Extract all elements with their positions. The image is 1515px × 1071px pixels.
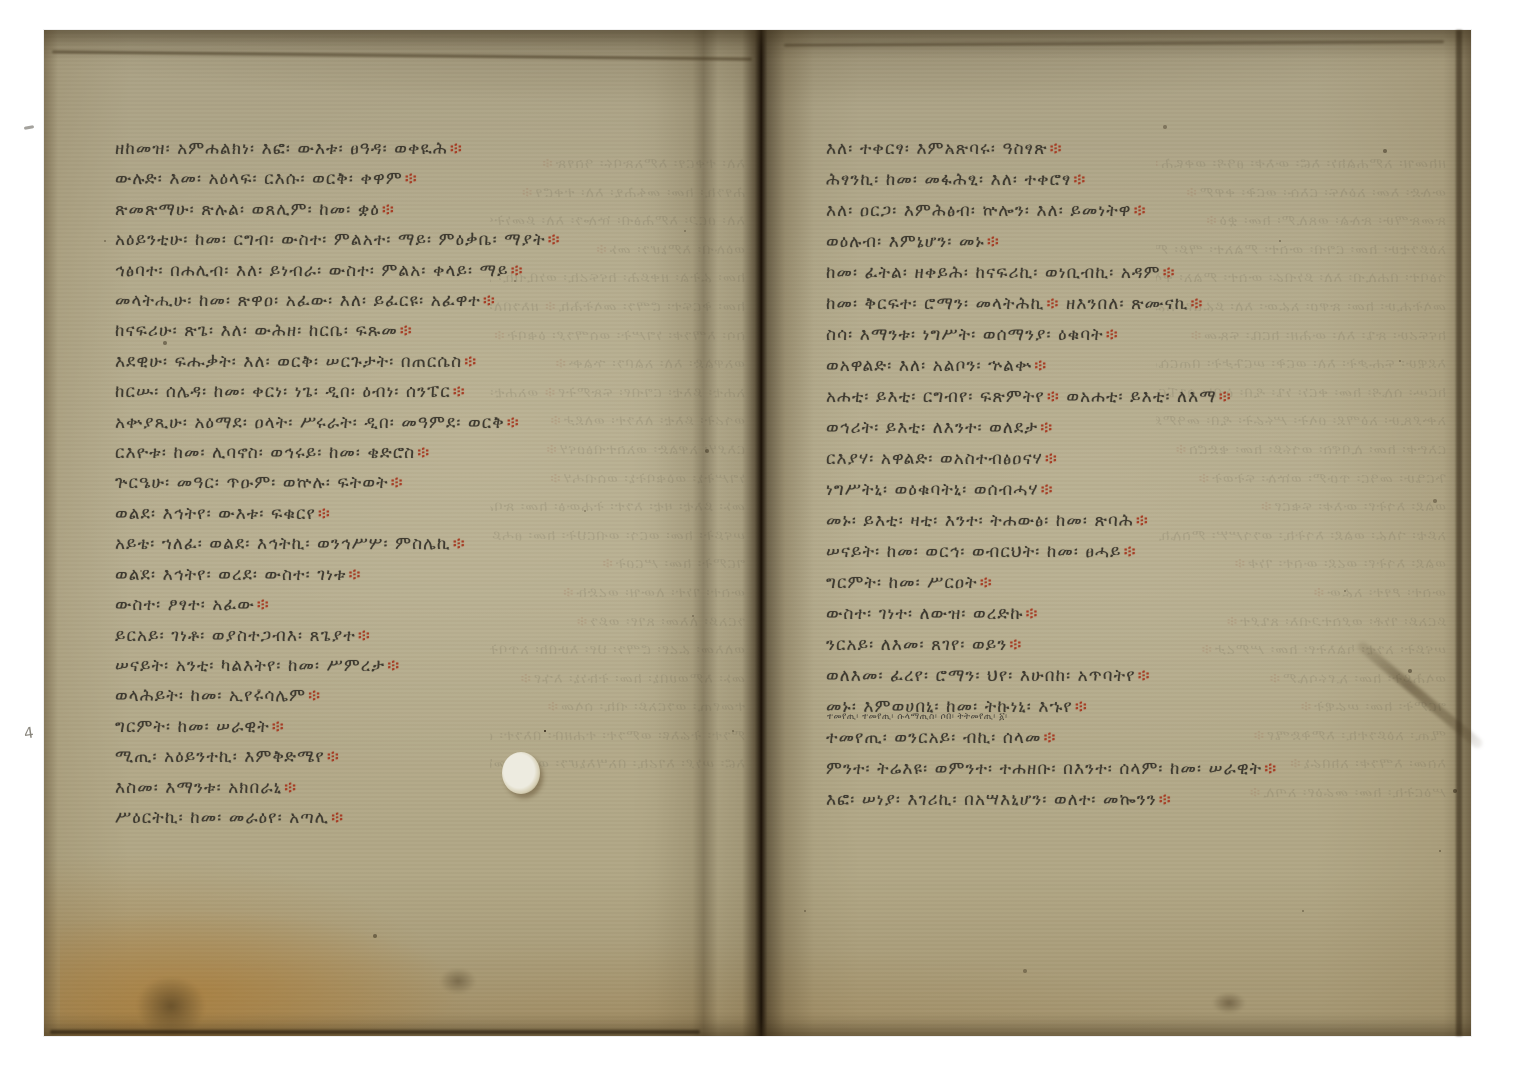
rubric-paragraph-mark: ፨	[1044, 294, 1059, 314]
rubric-paragraph-mark: ፨	[1157, 790, 1172, 810]
text-line: ተመየጢ፡ ወንርአይ፡ ብኪ፡ ሰላመ፨	[826, 723, 1426, 754]
text-line: ወዕሉብ፡ እምኔሆን፡ መኑ፨	[826, 227, 1426, 258]
rubric-paragraph-mark: ፨	[1188, 294, 1203, 314]
rubric-paragraph-mark: ፨	[451, 534, 466, 554]
text-line: ግርምት፡ ከመ፡ ሥርዐት፨	[826, 568, 1426, 599]
worm-hole	[502, 752, 540, 794]
rubric-paragraph-mark: ፨	[1007, 635, 1022, 655]
rubric-paragraph-mark: ፨	[1038, 418, 1053, 438]
left-page-text: ዘከመዝ፡ አምሐልክነ፡ እፎ፡ ውእቱ፡ ፀዓዳ፡ ወቀዪሕ፨ውሉድ፡ እመ…	[115, 134, 740, 833]
right-edge-shadow-line	[1456, 30, 1462, 1036]
rubric-paragraph-mark: ፨	[462, 352, 477, 372]
text-line: አቍያጺሁ፡ አዕማደ፡ ዐላት፡ ሥሩራት፡ ዲበ፡ መዓምደ፡ ወርቅ፨	[115, 408, 740, 438]
right-page: ዘከመዝ፡ አምሐልክነ፡ እፎ፡ ውእቱ፡ ፀዓዳ፡ ወቀዪሕ፨ውሉድ፡ እመ…	[761, 30, 1471, 1036]
text-line: ከመ፡ ቅርፍተ፡ ሮማን፡ መላትሕኪ፨ ዘእንበለ፡ ጽሙናኪ፨	[826, 289, 1426, 320]
rubric-paragraph-mark: ፨	[1024, 604, 1039, 624]
text-line: ንርአይ፡ ለእመ፡ ጸገየ፡ ወይን፨	[826, 630, 1426, 661]
text-line: መኑ፡ ይእቲ፡ ዛቲ፡ እንተ፡ ትሐውፅ፡ ከመ፡ ጽባሕ፨	[826, 506, 1426, 537]
text-line: ውስተ፡ ገነተ፡ ለውዝ፡ ወረድኩ፨	[826, 599, 1426, 630]
rubric-paragraph-mark: ፨	[1043, 449, 1058, 469]
text-line: ምንተ፡ ትሬእዩ፡ ወምንተ፡ ተሐዘቡ፡ በእንተ፡ ሰላም፡ ከመ፡ ሠራ…	[826, 754, 1426, 785]
rubric-paragraph-mark: ፨	[1217, 387, 1232, 407]
text-line: እለ፡ ዐርጋ፡ እምሕፅብ፡ ኵሎን፡ እለ፡ ይመነትዋ፨	[826, 196, 1426, 227]
rubric-paragraph-mark: ፨	[1132, 201, 1147, 221]
rubric-paragraph-mark: ፨	[329, 808, 344, 828]
rubric-paragraph-mark: ፨	[978, 573, 993, 593]
rubric-paragraph-mark: ፨	[1161, 263, 1176, 283]
dark-blotch-bottom-center	[440, 968, 476, 994]
text-line: ከመ፡ ፈትል፡ ዘቀይሕ፡ ከናፍሪኪ፡ ወነቢብኪ፡ አዳም፨	[826, 258, 1426, 289]
rubric-paragraph-mark: ፨	[306, 686, 321, 706]
text-line: እደዊሁ፡ ፍሑቃት፡ እለ፡ ወርቅ፡ ሠርጉታት፡ በጠርሴስ፨	[115, 347, 740, 377]
text-line: ወልደ፡ እኅትየ፡ ወረደ፡ ውስተ፡ ገነቱ፨	[115, 560, 740, 590]
text-line: ኅፅባተ፡ በሐሊብ፡ እለ፡ ይነብራ፡ ውስተ፡ ምልአ፡ ቀላይ፡ ማይ፨	[115, 256, 740, 286]
text-line: ወኅሪት፡ ይእቲ፡ ለእንተ፡ ወለደታ፨	[826, 413, 1426, 444]
text-line: ዘከመዝ፡ አምሐልክነ፡ እፎ፡ ውእቱ፡ ፀዓዳ፡ ወቀዪሕ፨	[115, 134, 740, 164]
rubric-paragraph-mark: ፨	[398, 321, 413, 341]
rubric-paragraph-mark: ፨	[481, 291, 496, 311]
fly-specks	[44, 30, 46, 32]
text-line: ግርምት፡ ከመ፡ ሠራዊት፨	[115, 712, 740, 742]
rubric-paragraph-mark: ፨	[415, 443, 430, 463]
rubric-paragraph-mark: ፨	[448, 139, 463, 159]
rubric-paragraph-mark: ፨	[380, 200, 395, 220]
margin-pencil-mark: 4	[23, 723, 35, 742]
text-line: ጕርዔሁ፡ መዓር፡ ጥዑም፡ ወኵሉ፡ ፍትወት፨	[115, 468, 740, 498]
text-line: ውስተ፡ ፆፃተ፡ አፈው፨	[115, 590, 740, 620]
book-gutter-shadow	[654, 30, 814, 1036]
rubric-paragraph-mark: ፨	[389, 473, 404, 493]
interlinear-gloss: ተመየጢ፡ ተመየጢ፡ ሱላማጢስ፡ ሶበ፡ ትትመየጢ፡ ፩፡	[827, 712, 1008, 722]
rubric-paragraph-mark: ፨	[270, 717, 285, 737]
text-line: ጽመጽማሁ፡ ጽሉል፡ ወጸሊም፡ ከመ፡ ቋዕ፨	[115, 195, 740, 225]
text-line: አዕይንቲሁ፡ ከመ፡ ርግብ፡ ውስተ፡ ምልአተ፡ ማይ፡ ምዕቃቤ፡ ማያ…	[115, 225, 740, 255]
rubric-paragraph-mark: ፨	[1045, 387, 1060, 407]
rubric-paragraph-mark: ፨	[316, 504, 331, 524]
text-line: ከርሡ፡ ሰሌዳ፡ ከመ፡ ቀርነ፡ ነጌ፡ ዲበ፡ ዕብነ፡ ሰንፔር፨	[115, 377, 740, 407]
rubric-paragraph-mark: ፨	[509, 261, 524, 281]
rubric-paragraph-mark: ፨	[325, 747, 340, 767]
page-left-edge	[44, 30, 58, 1036]
rubric-paragraph-mark: ፨	[985, 232, 1000, 252]
dark-spot-right-page-bottom	[1212, 992, 1246, 1014]
rubric-paragraph-mark: ፨	[1039, 480, 1054, 500]
rubric-paragraph-mark: ፨	[546, 230, 561, 250]
rubric-paragraph-mark: ፨	[505, 413, 520, 433]
text-line: ሕፃንኪ፡ ከመ፡ መፋሕፂ፡ እለ፡ ተቀሮፃ፨	[826, 165, 1426, 196]
text-line: ወላሕይት፡ ከመ፡ ኢየሩሳሌም፨	[115, 681, 740, 711]
rubric-paragraph-mark: ፨	[1032, 356, 1047, 376]
text-line: ስሳ፡ እማንቱ፡ ነግሥት፡ ወሰማንያ፡ ዕቁባት፨	[826, 320, 1426, 351]
rubric-paragraph-mark: ፨	[403, 169, 418, 189]
text-line: እለ፡ ተቀርፃ፡ እምአጽባሩ፡ ዓስፃጽ፨	[826, 134, 1426, 165]
rubric-paragraph-mark: ፨	[1262, 759, 1277, 779]
rubric-paragraph-mark: ፨	[282, 778, 297, 798]
rubric-paragraph-mark: ፨	[1134, 511, 1149, 531]
rubric-paragraph-mark: ፨	[1041, 728, 1056, 748]
text-line: ርእዮቱ፡ ከመ፡ ሊባኖስ፡ ወኅሩይ፡ ከመ፡ ቄድሮስ፨	[115, 438, 740, 468]
text-line: እፎ፡ ሠነያ፡ እገሪኪ፡ በአሣእኒሆን፡ ወለተ፡ መኰንን፨	[826, 785, 1426, 816]
text-line: አሐቲ፡ ይእቲ፡ ርግብየ፡ ፍጽምትየ፨ ወአሐቲ፡ ይእቲ፡ ለእማ፨	[826, 382, 1426, 413]
margin-speck	[24, 125, 34, 130]
rubric-paragraph-mark: ፨	[451, 382, 466, 402]
text-line: እስመ፡ እማንቱ፡ አክበራኒ፨	[115, 773, 740, 803]
ink-spatter	[544, 730, 546, 732]
text-line: ወአዋልድ፡ እለ፡ አልቦን፡ ኍልቍ፨	[826, 351, 1426, 382]
open-book: እለ፡ ተቀርፃ፡ እምአጽባሩ፡ ዓስፃጽ፨ሕፃንኪ፡ ከመ፡ መፋሕፂ፡ እ…	[44, 30, 1471, 1036]
text-line: ይርአይ፡ ገነቶ፡ ወያስተጋብእ፡ ጸጌያተ፨	[115, 621, 740, 651]
text-line: ሚጢ፡ አዕይንተኪ፡ እምቅድሜየ፨	[115, 742, 740, 772]
dark-blotch-bottom-left	[136, 976, 206, 1036]
rubric-paragraph-mark: ፨	[1104, 325, 1119, 345]
rubric-paragraph-mark: ፨	[1071, 170, 1086, 190]
text-line: ሠናይት፡ አንቲ፡ ካልእትየ፡ ከመ፡ ሥምረታ፨	[115, 651, 740, 681]
rubric-paragraph-mark: ፨	[1048, 139, 1063, 159]
text-line: ሠናይት፡ ከመ፡ ወርኅ፡ ወብርህት፡ ከመ፡ ፀሓይ፨	[826, 537, 1426, 568]
text-line: ውሉድ፡ እመ፡ አዕላፍ፡ ርእሱ፡ ወርቅ፡ ቀዋም፨	[115, 164, 740, 194]
manuscript-photo: እለ፡ ተቀርፃ፡ እምአጽባሩ፡ ዓስፃጽ፨ሕፃንኪ፡ ከመ፡ መፋሕፂ፡ እ…	[0, 0, 1515, 1071]
text-line: አይቴ፡ ኀለፈ፡ ወልደ፡ እኅትኪ፡ ወንኅሥሦ፡ ምስሌኪ፨	[115, 529, 740, 559]
rubric-paragraph-mark: ፨	[356, 626, 371, 646]
text-line: ሥዕርትኪ፡ ከመ፡ መራዕየ፡ አጣሊ፨	[115, 803, 740, 833]
rubric-paragraph-mark: ፨	[1122, 542, 1137, 562]
rubric-paragraph-mark: ፨	[347, 565, 362, 585]
text-line: መላትሒሁ፡ ከመ፡ ጽዋዐ፡ አፈው፡ እለ፡ ይፈርዩ፡ አፈዋተ፨	[115, 286, 740, 316]
text-line: ወለእመ፡ ፈረየ፡ ሮማን፡ ህየ፡ እሁበከ፡ አጥባትየ፨	[826, 661, 1426, 692]
text-line: ወልደ፡ እኅትየ፡ ውእቱ፡ ፍቁርየ፨	[115, 499, 740, 529]
text-line: ነግሥትኒ፡ ወዕቁባትኒ፡ ወሰብሓሃ፨	[826, 475, 1426, 506]
rubric-paragraph-mark: ፨	[1136, 666, 1151, 686]
text-line: ከናፍሪሁ፡ ጽጌ፡ እለ፡ ውሕዘ፡ ከርቤ፡ ፍጹመ፨	[115, 316, 740, 346]
rubric-paragraph-mark: ፨	[255, 595, 270, 615]
rubric-paragraph-mark: ፨	[1073, 697, 1088, 717]
rubric-paragraph-mark: ፨	[385, 656, 400, 676]
bottom-edge-shadow-line	[50, 1030, 700, 1034]
text-line: ርእያሃ፡ አዋልድ፡ ወአስተብፅዐናሃ፨	[826, 444, 1426, 475]
